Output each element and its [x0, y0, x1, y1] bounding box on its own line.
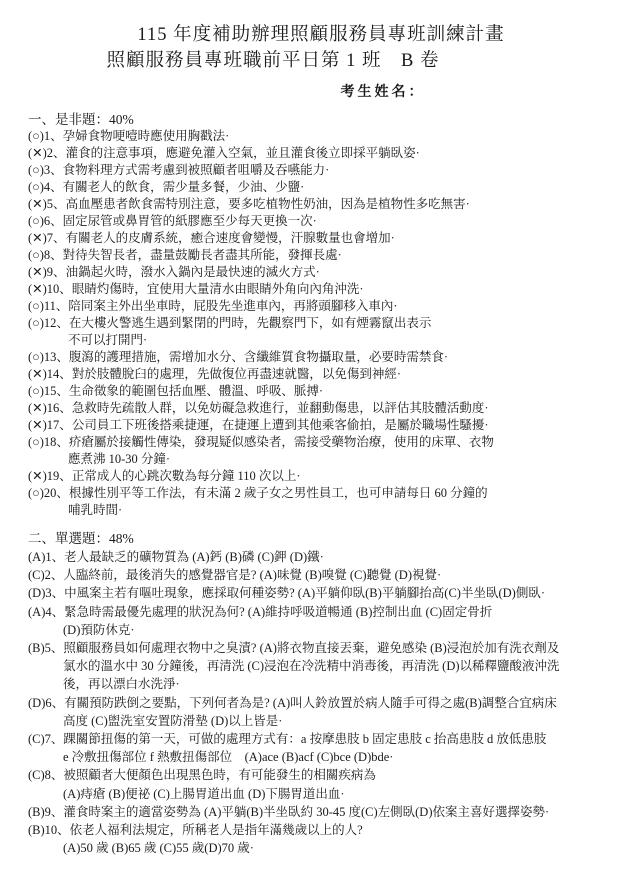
question-first-line: (○)20、根據性別平等工作法，有未滿 2 歲子女之男性員工，也可申請每日 60…: [28, 485, 614, 502]
question-first-line: (○)11、陪同案主外出坐車時，屁股先坐進車內，再將頭腳移入車內·: [28, 298, 614, 315]
question-text: 踝關節扭傷的第一天，可做的處理方式有：a 按摩患肢 b 固定患肢 c 抬高患肢 …: [63, 732, 546, 746]
question-first-line: (○)18、疥瘡屬於接觸性傳染，發現疑似感染者，需接受藥物治療，使用的床單、衣物: [28, 434, 614, 451]
question-first-line: (✕)5、高血壓患者飲食需特別注意，要多吃植物性奶油，因為是植物性多吃無害·: [28, 196, 614, 213]
question-text: 公司員工下班後搭乘捷運，在捷運上遭到其他乘客偷拍，是屬於職場性騷擾·: [72, 418, 489, 432]
answer-mark: (○)4、: [28, 180, 63, 194]
question-text: 有關老人的飲食，需少量多餐，少油、少鹽·: [63, 180, 305, 194]
section-2: 二、單選題：48%(A)1、老人最缺乏的礦物質為 (A)鈣 (B)磷 (C)鉀 …: [28, 530, 614, 857]
question-first-line: (○)3、食物料理方式需考慮到被照顧者咀嚼及吞嚥能力·: [28, 162, 614, 179]
answer-mark: (○)8、: [28, 248, 63, 262]
question-first-line: (B)9、灌食時案主的適當姿勢為 (A)平躺(B)半坐臥約 30-45 度(C)…: [28, 803, 614, 821]
answer-mark: (A)1、: [28, 550, 64, 564]
question-item: (✕)14、對於肢體脫臼的處理，先做復位再盡速就醫，以免傷到神經·: [28, 366, 614, 383]
question-first-line: (✕)2、灌食的注意事項，應避免灌入空氣，並且灌食後立即採平躺臥姿·: [28, 145, 614, 162]
question-item: (D)3、中風案主若有嘔吐現象，應採取何種姿勢? (A)平躺仰臥(B)平躺腳抬高…: [28, 584, 614, 602]
exam-title-line1: 115 年度補助辦理照顧服務員專班訓練計畫: [28, 22, 614, 48]
question-item: (○)12、在大樓火警逃生遇到緊閉的門時，先觀察門下，如有煙霧竄出表示不可以打開…: [28, 315, 614, 349]
question-text: 眼睛灼傷時，宜使用大量清水由眼睛外角向內角沖洗·: [72, 282, 364, 296]
question-item: (○)8、對待失智長者，盡量鼓勵長者盡其所能，發揮長處·: [28, 247, 614, 264]
question-first-line: (✕)17、公司員工下班後搭乘捷運，在捷運上遭到其他乘客偷拍，是屬於職場性騷擾·: [28, 417, 614, 434]
section-heading: 二、單選題：48%: [28, 530, 614, 548]
question-item: (C)8、被照顧者大便顏色出現黑色時，有可能發生的相關疾病為(A)痔瘡 (B)便…: [28, 766, 614, 802]
question-continuation-line: 不可以打開門·: [28, 332, 614, 349]
question-text: 急救時先疏散人群，以免妨礙急救進行，並翻動傷患，以評估其肢體活動度·: [72, 401, 489, 415]
answer-mark: (D)3、: [28, 586, 64, 600]
answer-mark: (○)3、: [28, 163, 63, 177]
question-item: (C)7、踝關節扭傷的第一天，可做的處理方式有：a 按摩患肢 b 固定患肢 c …: [28, 730, 614, 766]
question-item: (○)20、根據性別平等工作法，有未滿 2 歲子女之男性員工，也可申請每日 60…: [28, 485, 614, 519]
question-text: 灌食的注意事項，應避免灌入空氣，並且灌食後立即採平躺臥姿·: [66, 146, 420, 160]
question-first-line: (B)5、照顧服務員如何處理衣物中之臭漬? (A)將衣物直接丟棄，避免感染 (B…: [28, 639, 614, 657]
question-text: 對於肢體脫臼的處理，先做復位再盡速就醫，以免傷到神經·: [72, 367, 401, 381]
question-first-line: (B)10、依老人福利法規定，所稱老人是指年滿幾歲以上的人?: [28, 821, 614, 839]
section-1: 一、是非題：40%(○)1、孕婦食物哽噎時應使用胸戳法·(✕)2、灌食的注意事項…: [28, 111, 614, 519]
question-item: (○)15、生命徵象的範圍包括血壓、體溫、呼吸、脈搏·: [28, 383, 614, 400]
question-text: 後，再以漂白水洗淨·: [63, 677, 180, 691]
question-text: 腹瀉的護理措施，需增加水分、含纖維質食物攝取量，必要時需禁食·: [69, 350, 448, 364]
question-item: (○)1、孕婦食物哽噎時應使用胸戳法·: [28, 128, 614, 145]
question-text: 不可以打開門·: [68, 333, 147, 347]
answer-mark: (✕)7、: [28, 231, 66, 245]
question-text: 灌食時案主的適當姿勢為 (A)平躺(B)半坐臥約 30-45 度(C)左側臥(D…: [63, 805, 549, 819]
question-first-line: (✕)14、對於肢體脫臼的處理，先做復位再盡速就醫，以免傷到神經·: [28, 366, 614, 383]
answer-mark: (✕)5、: [28, 197, 66, 211]
question-text: 有關預防跌倒之要點，下列何者為是? (A)叫人鈴放置於病人隨手可得之處(B)調整…: [64, 696, 557, 710]
question-item: (✕)2、灌食的注意事項，應避免灌入空氣，並且灌食後立即採平躺臥姿·: [28, 145, 614, 162]
question-text: 固定尿管或鼻胃管的紙膠應至少每天更換一次·: [63, 214, 317, 228]
answer-mark: (B)5、: [28, 641, 63, 655]
question-continuation-line: 應煮沸 10-30 分鐘·: [28, 451, 614, 468]
question-continuation-line: 哺乳時間·: [28, 502, 614, 519]
question-first-line: (D)6、有關預防跌倒之要點，下列何者為是? (A)叫人鈴放置於病人隨手可得之處…: [28, 694, 614, 712]
question-continuation-line: e 冷敷扭傷部位 f 熱敷扭傷部位 (A)ace (B)acf (C)bce (…: [28, 748, 614, 766]
question-first-line: (○)15、生命徵象的範圍包括血壓、體溫、呼吸、脈搏·: [28, 383, 614, 400]
question-text: 高度 (C)盥洗室安置防滑墊 (D)以上皆是·: [63, 714, 282, 728]
question-item: (A)1、老人最缺乏的礦物質為 (A)鈣 (B)磷 (C)鉀 (D)鐵·: [28, 548, 614, 566]
question-item: (✕)9、油鍋起火時，潑水入鍋內是最快速的滅火方式·: [28, 264, 614, 281]
question-item: (B)5、照顧服務員如何處理衣物中之臭漬? (A)將衣物直接丟棄，避免感染 (B…: [28, 639, 614, 694]
question-item: (A)4、緊急時需最優先處理的狀況為何? (A)維持呼吸道暢通 (B)控制出血 …: [28, 603, 614, 639]
answer-mark: (○)18、: [28, 435, 69, 449]
question-text: 被照顧者大便顏色出現黑色時，有可能發生的相關疾病為: [63, 768, 376, 782]
question-continuation-line: 高度 (C)盥洗室安置防滑墊 (D)以上皆是·: [28, 712, 614, 730]
answer-mark: (○)13、: [28, 350, 69, 364]
answer-mark: (○)12、: [28, 316, 69, 330]
question-first-line: (C)2、人臨終前，最後消失的感覺器官是? (A)味覺 (B)嗅覺 (C)聽覺 …: [28, 566, 614, 584]
question-item: (○)3、食物料理方式需考慮到被照顧者咀嚼及吞嚥能力·: [28, 162, 614, 179]
question-text: 有關老人的皮膚系統，癒合速度會變慢，汗腺數量也會增加·: [66, 231, 395, 245]
question-item: (✕)10、眼睛灼傷時，宜使用大量清水由眼睛外角向內角沖洗·: [28, 281, 614, 298]
section-heading: 一、是非題：40%: [28, 111, 614, 128]
question-continuation-line: 氯水的溫水中 30 分鐘後，再清洗 (C)浸泡在冷洗精中消毒後，再清洗 (D)以…: [28, 657, 614, 675]
question-text: (D)預防休克·: [63, 623, 135, 637]
question-first-line: (○)8、對待失智長者，盡量鼓勵長者盡其所能，發揮長處·: [28, 247, 614, 264]
candidate-name-label: 考生姓名：: [28, 84, 614, 101]
question-first-line: (○)12、在大樓火警逃生遇到緊閉的門時，先觀察門下，如有煙霧竄出表示: [28, 315, 614, 332]
answer-mark: (D)6、: [28, 696, 64, 710]
question-item: (✕)7、有關老人的皮膚系統，癒合速度會變慢，汗腺數量也會增加·: [28, 230, 614, 247]
answer-mark: (B)9、: [28, 805, 63, 819]
question-text: 老人最缺乏的礦物質為 (A)鈣 (B)磷 (C)鉀 (D)鐵·: [64, 550, 324, 564]
question-first-line: (✕)7、有關老人的皮膚系統，癒合速度會變慢，汗腺數量也會增加·: [28, 230, 614, 247]
question-text: e 冷敷扭傷部位 f 熱敷扭傷部位 (A)ace (B)acf (C)bce (…: [63, 750, 393, 764]
question-first-line: (D)3、中風案主若有嘔吐現象，應採取何種姿勢? (A)平躺仰臥(B)平躺腳抬高…: [28, 584, 614, 602]
answer-mark: (✕)2、: [28, 146, 66, 160]
question-continuation-line: (A)50 歲 (B)65 歲 (C)55 歲(D)70 歲·: [28, 839, 614, 857]
question-text: 高血壓患者飲食需特別注意，要多吃植物性奶油，因為是植物性多吃無害·: [66, 197, 470, 211]
answer-mark: (C)7、: [28, 732, 63, 746]
question-text: 孕婦食物哽噎時應使用胸戳法·: [63, 129, 230, 143]
question-item: (○)18、疥瘡屬於接觸性傳染，發現疑似感染者，需接受藥物治療，使用的床單、衣物…: [28, 434, 614, 468]
question-text: 應煮沸 10-30 分鐘·: [68, 452, 170, 466]
question-text: 照顧服務員如何處理衣物中之臭漬? (A)將衣物直接丟棄，避免感染 (B)浸泡於加…: [63, 641, 559, 655]
question-text: 氯水的溫水中 30 分鐘後，再清洗 (C)浸泡在冷洗精中消毒後，再清洗 (D)以…: [63, 659, 560, 673]
answer-mark: (✕)14、: [28, 367, 72, 381]
answer-mark: (○)15、: [28, 384, 69, 398]
question-item: (○)13、腹瀉的護理措施，需增加水分、含纖維質食物攝取量，必要時需禁食·: [28, 349, 614, 366]
question-item: (✕)5、高血壓患者飲食需特別注意，要多吃植物性奶油，因為是植物性多吃無害·: [28, 196, 614, 213]
question-text: 油鍋起火時，潑水入鍋內是最快速的滅火方式·: [66, 265, 320, 279]
question-item: (D)6、有關預防跌倒之要點，下列何者為是? (A)叫人鈴放置於病人隨手可得之處…: [28, 694, 614, 730]
question-first-line: (A)1、老人最缺乏的礦物質為 (A)鈣 (B)磷 (C)鉀 (D)鐵·: [28, 548, 614, 566]
question-continuation-line: (D)預防休克·: [28, 621, 614, 639]
question-text: (A)痔瘡 (B)便祕 (C)上腸胃道出血 (D)下腸胃道出血·: [63, 787, 345, 801]
answer-mark: (✕)16、: [28, 401, 72, 415]
exam-title-line2: 照顧服務員專班職前平日第 1 班 B 卷: [28, 48, 518, 74]
question-text: 生命徵象的範圍包括血壓、體溫、呼吸、脈搏·: [69, 384, 323, 398]
question-first-line: (C)8、被照顧者大便顏色出現黑色時，有可能發生的相關疾病為: [28, 766, 614, 784]
question-first-line: (○)4、有關老人的飲食，需少量多餐，少油、少鹽·: [28, 179, 614, 196]
exam-page: 115 年度補助辦理照顧服務員專班訓練計畫 照顧服務員專班職前平日第 1 班 B…: [0, 0, 630, 893]
question-first-line: (✕)19、正常成人的心跳次數為每分鐘 110 次以上·: [28, 468, 614, 485]
question-text: 疥瘡屬於接觸性傳染，發現疑似感染者，需接受藥物治療，使用的床單、衣物: [69, 435, 494, 449]
question-text: 正常成人的心跳次數為每分鐘 110 次以上·: [72, 469, 301, 483]
question-item: (○)4、有關老人的飲食，需少量多餐，少油、少鹽·: [28, 179, 614, 196]
question-first-line: (C)7、踝關節扭傷的第一天，可做的處理方式有：a 按摩患肢 b 固定患肢 c …: [28, 730, 614, 748]
question-item: (B)10、依老人福利法規定，所稱老人是指年滿幾歲以上的人?(A)50 歲 (B…: [28, 821, 614, 857]
question-first-line: (○)13、腹瀉的護理措施，需增加水分、含纖維質食物攝取量，必要時需禁食·: [28, 349, 614, 366]
exam-body: 一、是非題：40%(○)1、孕婦食物哽噎時應使用胸戳法·(✕)2、灌食的注意事項…: [28, 111, 614, 857]
question-text: 緊急時需最優先處理的狀況為何? (A)維持呼吸道暢通 (B)控制出血 (C)固定…: [64, 605, 492, 619]
answer-mark: (✕)10、: [28, 282, 72, 296]
question-text: 陪同案主外出坐車時，屁股先坐進車內，再將頭腳移入車內·: [68, 299, 397, 313]
question-first-line: (○)6、固定尿管或鼻胃管的紙膠應至少每天更換一次·: [28, 213, 614, 230]
answer-mark: (✕)17、: [28, 418, 72, 432]
answer-mark: (○)6、: [28, 214, 63, 228]
question-text: 哺乳時間·: [68, 503, 122, 517]
answer-mark: (✕)9、: [28, 265, 66, 279]
answer-mark: (○)11、: [28, 299, 68, 313]
question-text: (A)50 歲 (B)65 歲 (C)55 歲(D)70 歲·: [63, 841, 254, 855]
question-first-line: (A)4、緊急時需最優先處理的狀況為何? (A)維持呼吸道暢通 (B)控制出血 …: [28, 603, 614, 621]
answer-mark: (✕)19、: [28, 469, 72, 483]
question-text: 根據性別平等工作法，有未滿 2 歲子女之男性員工，也可申請每日 60 分鐘的: [69, 486, 488, 500]
question-text: 在大樓火警逃生遇到緊閉的門時，先觀察門下，如有煙霧竄出表示: [69, 316, 432, 330]
question-item: (○)6、固定尿管或鼻胃管的紙膠應至少每天更換一次·: [28, 213, 614, 230]
question-text: 依老人福利法規定，所稱老人是指年滿幾歲以上的人?: [70, 823, 363, 837]
answer-mark: (○)1、: [28, 129, 63, 143]
answer-mark: (C)8、: [28, 768, 63, 782]
question-continuation-line: (A)痔瘡 (B)便祕 (C)上腸胃道出血 (D)下腸胃道出血·: [28, 785, 614, 803]
question-first-line: (✕)10、眼睛灼傷時，宜使用大量清水由眼睛外角向內角沖洗·: [28, 281, 614, 298]
answer-mark: (C)2、: [28, 568, 63, 582]
answer-mark: (○)20、: [28, 486, 69, 500]
question-text: 食物料理方式需考慮到被照顧者咀嚼及吞嚥能力·: [63, 163, 330, 177]
question-item: (✕)16、急救時先疏散人群，以免妨礙急救進行，並翻動傷患，以評估其肢體活動度·: [28, 400, 614, 417]
answer-mark: (B)10、: [28, 823, 70, 837]
question-first-line: (○)1、孕婦食物哽噎時應使用胸戳法·: [28, 128, 614, 145]
question-item: (B)9、灌食時案主的適當姿勢為 (A)平躺(B)半坐臥約 30-45 度(C)…: [28, 803, 614, 821]
question-text: 對待失智長者，盡量鼓勵長者盡其所能，發揮長處·: [63, 248, 342, 262]
question-first-line: (✕)16、急救時先疏散人群，以免妨礙急救進行，並翻動傷患，以評估其肢體活動度·: [28, 400, 614, 417]
question-item: (✕)17、公司員工下班後搭乘捷運，在捷運上遭到其他乘客偷拍，是屬於職場性騷擾·: [28, 417, 614, 434]
question-text: 中風案主若有嘔吐現象，應採取何種姿勢? (A)平躺仰臥(B)平躺腳抬高(C)半坐…: [64, 586, 545, 600]
answer-mark: (A)4、: [28, 605, 64, 619]
question-item: (C)2、人臨終前，最後消失的感覺器官是? (A)味覺 (B)嗅覺 (C)聽覺 …: [28, 566, 614, 584]
question-item: (✕)19、正常成人的心跳次數為每分鐘 110 次以上·: [28, 468, 614, 485]
question-first-line: (✕)9、油鍋起火時，潑水入鍋內是最快速的滅火方式·: [28, 264, 614, 281]
question-text: 人臨終前，最後消失的感覺器官是? (A)味覺 (B)嗅覺 (C)聽覺 (D)視覺…: [63, 568, 441, 582]
question-continuation-line: 後，再以漂白水洗淨·: [28, 675, 614, 693]
question-item: (○)11、陪同案主外出坐車時，屁股先坐進車內，再將頭腳移入車內·: [28, 298, 614, 315]
